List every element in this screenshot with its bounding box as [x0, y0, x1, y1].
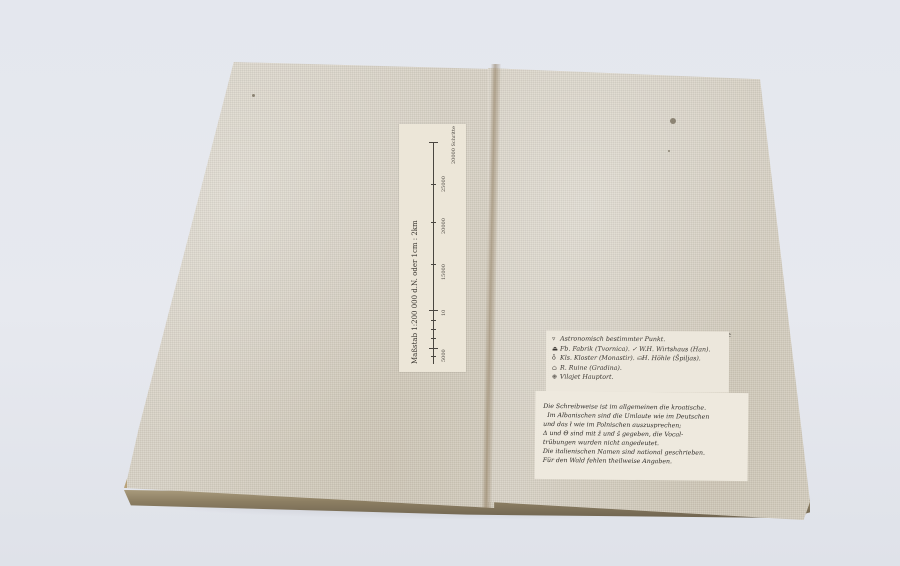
- scale-tick: [431, 184, 436, 185]
- scale-number: 20000 Schritte: [451, 126, 457, 164]
- scale-tick: [431, 264, 436, 265]
- stain-spot: [668, 150, 670, 152]
- spelling-notes-label: Die Schreibweise ist im allgemeinen die …: [535, 391, 749, 481]
- monastery-icon: ỗ: [552, 354, 560, 364]
- scale-tick: [431, 338, 436, 339]
- stain-spot: [252, 94, 255, 97]
- scale-number: 10: [441, 310, 447, 316]
- scale-number: 5000: [441, 349, 447, 362]
- stain-spot: [670, 118, 676, 124]
- legend-item: ⊕Vilajet Hauptort.: [552, 373, 723, 383]
- legend-item: ▿Astronomisch bestimmter Punkt.: [552, 335, 723, 345]
- scale-number: 15000: [441, 264, 447, 280]
- scale-tick: [429, 348, 438, 349]
- scale-tick: [431, 320, 436, 321]
- scale-tick: [431, 222, 436, 223]
- legend-item: ỗKls. Kloster (Monastir). ⛀H. Höhle (Špi…: [552, 354, 723, 364]
- scale-number: 20000: [441, 218, 447, 234]
- triangle-point-icon: ▿: [552, 335, 560, 345]
- photo-scene: Maßstab 1:200 000 d.N. oder 1cm : 2km 50…: [0, 0, 900, 566]
- scale-tick: [429, 310, 438, 311]
- note-line: Für den Wald fehlen theilweise Angaben.: [543, 456, 742, 467]
- scale-tick: [431, 356, 436, 357]
- scale-title: Maßstab 1:200 000 d.N. oder 1cm : 2km: [411, 164, 425, 364]
- scale-number: 25000: [441, 176, 447, 192]
- scale-tick: [429, 142, 438, 143]
- scale-bar-label: Maßstab 1:200 000 d.N. oder 1cm : 2km 50…: [399, 124, 466, 372]
- scale-tick: [431, 329, 436, 330]
- scale-bar-line: [433, 142, 434, 364]
- factory-icon: ⏏: [552, 344, 560, 354]
- map-legend-label: ▿Astronomisch bestimmter Punkt. ⏏Fb. Fab…: [546, 331, 729, 393]
- capital-town-icon: ⊕: [552, 373, 560, 383]
- ruin-icon: ⌂: [552, 363, 560, 373]
